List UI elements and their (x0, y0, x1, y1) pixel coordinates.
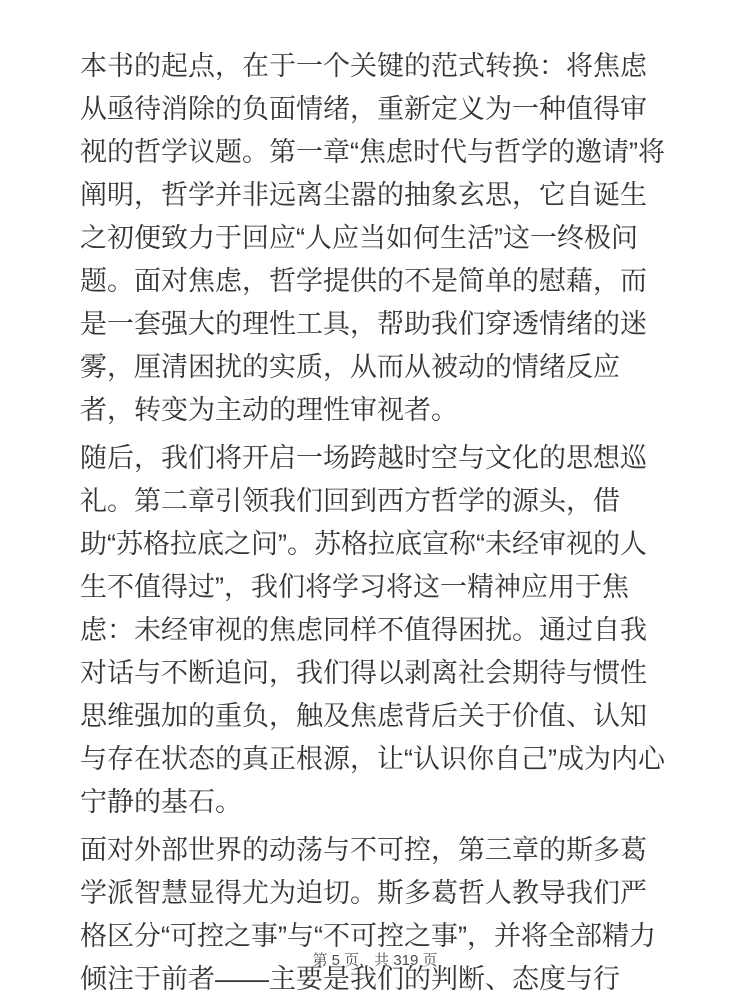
document-page: 本书的起点，在于一个关键的范式转换：将焦虑从亟待消除的负面情绪，重新定义为一种值… (0, 0, 750, 1000)
page-text-area: 本书的起点，在于一个关键的范式转换：将焦虑从亟待消除的负面情绪，重新定义为一种值… (80, 45, 672, 1000)
paragraph-3: 面对外部世界的动荡与不可控，第三章的斯多葛学派智慧显得尤为迫切。斯多葛哲人教导我… (80, 829, 672, 1000)
paragraph-1: 本书的起点，在于一个关键的范式转换：将焦虑从亟待消除的负面情绪，重新定义为一种值… (80, 45, 672, 432)
page-indicator: 第 5 页，共 319 页 (312, 952, 437, 969)
paragraph-2: 随后，我们将开启一场跨越时空与文化的思想巡礼。第二章引领我们回到西方哲学的源头，… (80, 437, 672, 824)
page-footer: 第 5 页，共 319 页 (0, 950, 750, 972)
